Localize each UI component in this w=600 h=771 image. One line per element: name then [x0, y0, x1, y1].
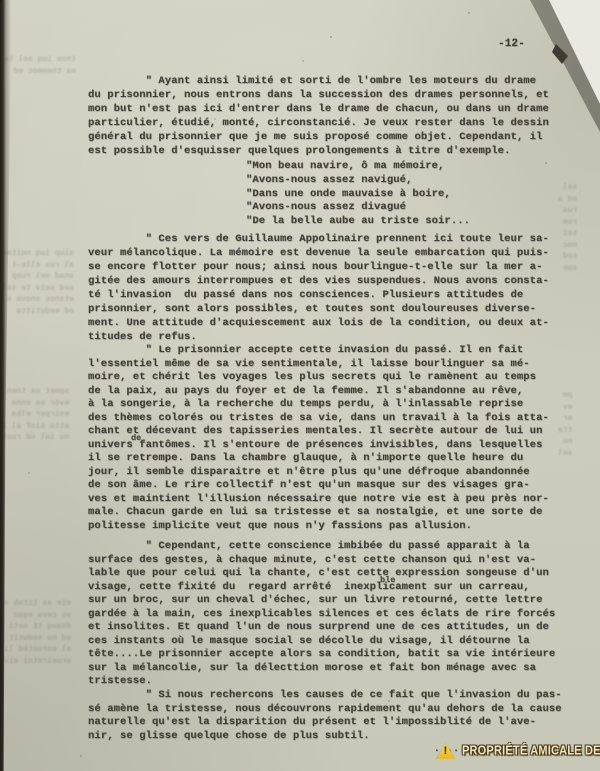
typed-insertion-ble: ble	[380, 575, 395, 585]
exclamation-glyph: !	[436, 745, 455, 758]
warning-triangle-icon: !	[436, 743, 455, 759]
ghost-text-block: eiv as titab n as ceva egan dnauq tE set…	[4, 598, 71, 667]
paragraph-intro: " Ayant ainsi limité et sorti de l'ombre…	[88, 74, 549, 158]
watermark: ! PROPRIÉTÉ AMICALE DE L'OFLAG	[436, 743, 600, 759]
ghost-text-block: spmet ua tnen evêr ua enno esirper elba …	[2, 386, 69, 444]
ghost-text-block: sel ed a rus rem sei noc sed sue	[558, 182, 577, 274]
paragraph-cependant: " Cependant, cette conscience imbibée du…	[88, 540, 555, 689]
paragraph-ces-vers: " Ces vers de Guillaume Appolinaire pren…	[88, 232, 549, 344]
typed-insertion-de: de	[131, 433, 141, 443]
ghost-text-block: siup iuq noitac al rus elle-t snad sel r…	[2, 248, 74, 317]
paragraph-le-prisonnier-accepte: " Le prisonnier accepte cette invasion d…	[88, 344, 549, 533]
page-number: -12-	[498, 38, 525, 52]
document-photo: tnos iuq sel te ua tnemmoc ed siup iuq n…	[0, 0, 600, 771]
watermark-text: PROPRIÉTÉ AMICALE DE L'OFLAG	[462, 744, 600, 758]
ghost-text-block: tnos iuq sel te ua tnemmoc ed	[4, 54, 76, 77]
poem-quote-apollinaire: "Mon beau navire, ô ma mémoire, "Avons-n…	[246, 160, 470, 229]
ghost-text-block: pm ev er tta nu sel	[558, 390, 572, 459]
